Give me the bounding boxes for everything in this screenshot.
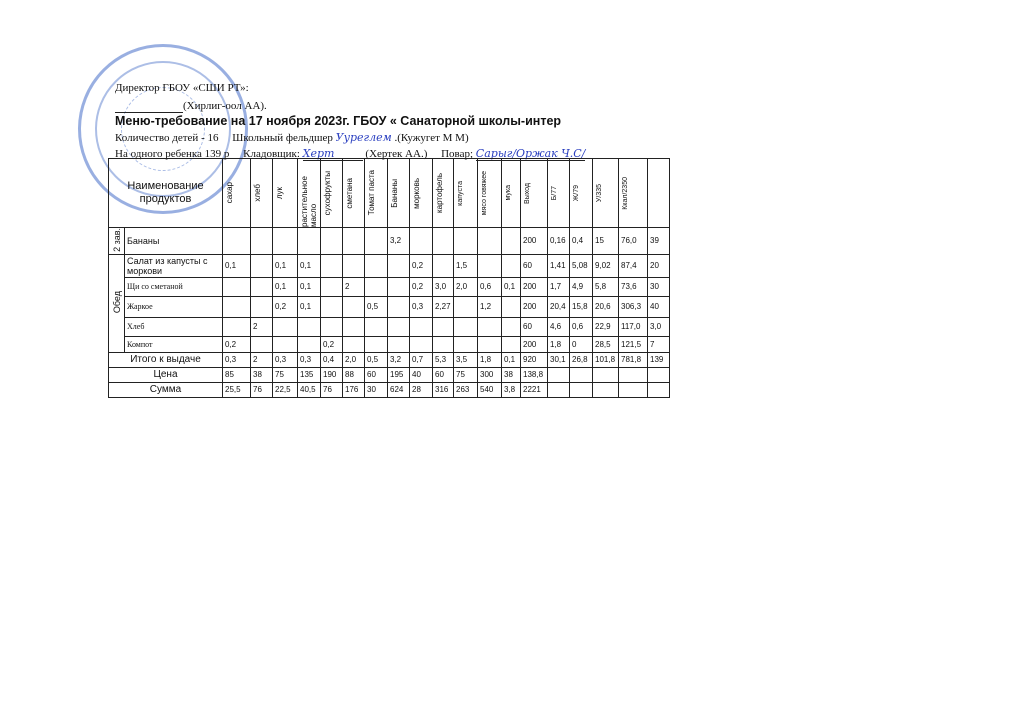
cell-value: 22,9 <box>593 317 619 336</box>
cell-value <box>388 277 410 296</box>
cell-value <box>388 254 410 277</box>
summary-value: 2221 <box>521 382 548 397</box>
column-header: Бананы <box>388 159 410 228</box>
cell-value: 200 <box>521 228 548 255</box>
table-row: 2 зав.Бананы3,22000,160,41576,039 <box>109 228 670 255</box>
cell-value <box>223 277 251 296</box>
cell-value: 28,5 <box>593 336 619 352</box>
summary-value: 85 <box>223 367 251 382</box>
summary-value: 138,8 <box>521 367 548 382</box>
summary-value: 40,5 <box>298 382 321 397</box>
column-header-label: Ккал/2350 <box>621 177 630 210</box>
cell-value <box>502 228 521 255</box>
cell-value: 3,0 <box>648 317 670 336</box>
summary-value: 22,5 <box>273 382 298 397</box>
column-header-label: мука <box>504 185 513 201</box>
summary-label: Сумма <box>109 382 223 397</box>
cell-value: 15 <box>593 228 619 255</box>
cell-value <box>223 317 251 336</box>
summary-value: 1,8 <box>478 352 502 367</box>
cell-value <box>251 254 273 277</box>
summary-value: 5,3 <box>433 352 454 367</box>
summary-value: 540 <box>478 382 502 397</box>
summary-value: 101,8 <box>593 352 619 367</box>
cell-value: 200 <box>521 277 548 296</box>
summary-value: 316 <box>433 382 454 397</box>
column-header-name: Наименование продуктов <box>109 159 223 228</box>
column-header: Ж/79 <box>570 159 593 228</box>
cell-value <box>251 228 273 255</box>
cell-value: 1,2 <box>478 296 502 317</box>
column-header: капуста <box>454 159 478 228</box>
cell-value <box>502 296 521 317</box>
summary-value: 0,4 <box>321 352 343 367</box>
cell-value: 0,16 <box>548 228 570 255</box>
cell-value <box>273 317 298 336</box>
summary-value: 2,0 <box>343 352 365 367</box>
cell-value <box>321 228 343 255</box>
cell-value <box>502 317 521 336</box>
cell-value: 20,6 <box>593 296 619 317</box>
cell-value <box>478 336 502 352</box>
column-header-label: лук <box>275 187 284 199</box>
column-header: хлеб <box>251 159 273 228</box>
table-row: Компот0,20,22001,8028,5121,57 <box>109 336 670 352</box>
summary-value: 28 <box>410 382 433 397</box>
cell-value <box>321 277 343 296</box>
summary-value: 26,8 <box>570 352 593 367</box>
staff-line-1: Количество детей - 16 Школьный фельдшер … <box>115 131 469 144</box>
meal-group-label: 2 зав. <box>109 228 125 255</box>
cell-value: 0,1 <box>273 254 298 277</box>
summary-value: 0,1 <box>502 352 521 367</box>
cell-value: 4,6 <box>548 317 570 336</box>
cell-value: 1,41 <box>548 254 570 277</box>
column-header-label: капуста <box>456 181 465 206</box>
summary-row: Итого к выдаче0,320,30,30,42,00,53,20,75… <box>109 352 670 367</box>
cell-value <box>454 317 478 336</box>
summary-value: 38 <box>502 367 521 382</box>
children-count: Количество детей - 16 <box>115 132 219 144</box>
summary-value <box>593 367 619 382</box>
cell-value: 0,3 <box>410 296 433 317</box>
cell-value <box>502 336 521 352</box>
summary-value: 624 <box>388 382 410 397</box>
summary-value: 0,5 <box>365 352 388 367</box>
column-header-label: картофель <box>435 173 444 213</box>
dish-name: Щи со сметаной <box>125 277 223 296</box>
column-header: картофель <box>433 159 454 228</box>
summary-value: 75 <box>273 367 298 382</box>
cell-value <box>478 228 502 255</box>
medic-name: .(Кужугет М М) <box>394 132 468 144</box>
summary-value: 263 <box>454 382 478 397</box>
summary-value: 190 <box>321 367 343 382</box>
summary-value <box>648 367 670 382</box>
summary-value: 135 <box>298 367 321 382</box>
cell-value: 2 <box>251 317 273 336</box>
summary-value: 0,3 <box>223 352 251 367</box>
medic-signature: Ууреглем <box>336 131 392 144</box>
column-header-label: Томат паста <box>367 170 376 215</box>
summary-value: 38 <box>251 367 273 382</box>
column-header-label: У/335 <box>595 184 604 202</box>
meal-group-text: Обед <box>112 291 122 313</box>
table-row: ОбедСалат из капусты с моркови0,10,10,10… <box>109 254 670 277</box>
summary-value: 0,7 <box>410 352 433 367</box>
summary-value: 195 <box>388 367 410 382</box>
cell-value: 0,1 <box>223 254 251 277</box>
column-header: Б/77 <box>548 159 570 228</box>
column-header: лук <box>273 159 298 228</box>
column-header: сахар <box>223 159 251 228</box>
cell-value: 0,1 <box>273 277 298 296</box>
cell-value: 4,9 <box>570 277 593 296</box>
cell-value <box>321 254 343 277</box>
cell-value: 117,0 <box>619 317 648 336</box>
column-header-label: сметана <box>345 178 354 209</box>
summary-value: 30 <box>365 382 388 397</box>
column-header-label: Б/77 <box>550 186 559 200</box>
cell-value: 1,8 <box>548 336 570 352</box>
cell-value <box>388 336 410 352</box>
cell-value: 0,1 <box>298 277 321 296</box>
cell-value <box>298 336 321 352</box>
cell-value: 30 <box>648 277 670 296</box>
summary-value: 920 <box>521 352 548 367</box>
cell-value: 40 <box>648 296 670 317</box>
column-header-label: растительное масло <box>300 159 318 227</box>
cell-value <box>433 254 454 277</box>
column-header: растительное масло <box>298 159 321 228</box>
summary-value <box>548 367 570 382</box>
cell-value: 200 <box>521 296 548 317</box>
summary-value: 76 <box>321 382 343 397</box>
column-header-label: Выход <box>523 183 532 204</box>
column-header-label: сахар <box>225 182 234 203</box>
column-header-label: морковь <box>412 178 421 209</box>
cell-value: 0 <box>570 336 593 352</box>
cell-value: 0,6 <box>570 317 593 336</box>
cell-value: 20 <box>648 254 670 277</box>
summary-value: 781,8 <box>619 352 648 367</box>
cell-value <box>343 228 365 255</box>
column-header: морковь <box>410 159 433 228</box>
director-name-line: (Хирлиг-оол АА). <box>115 100 267 113</box>
cell-value: 60 <box>521 317 548 336</box>
summary-value: 76 <box>251 382 273 397</box>
summary-value: 176 <box>343 382 365 397</box>
cell-value: 1,7 <box>548 277 570 296</box>
cell-value: 15,8 <box>570 296 593 317</box>
cell-value: 0,6 <box>478 277 502 296</box>
cell-value <box>502 254 521 277</box>
summary-value: 0,3 <box>298 352 321 367</box>
table-row: Жаркое0,20,10,50,32,271,220020,415,820,6… <box>109 296 670 317</box>
column-header-label: хлеб <box>253 184 262 202</box>
dish-name: Хлеб <box>125 317 223 336</box>
cell-value <box>343 296 365 317</box>
cell-value: 0,5 <box>365 296 388 317</box>
cell-value <box>365 277 388 296</box>
cell-value <box>273 228 298 255</box>
cell-value: 5,08 <box>570 254 593 277</box>
cell-value: 20,4 <box>548 296 570 317</box>
cell-value: 1,5 <box>454 254 478 277</box>
cell-value <box>410 336 433 352</box>
column-header: мука <box>502 159 521 228</box>
summary-label: Итого к выдаче <box>109 352 223 367</box>
summary-value: 88 <box>343 367 365 382</box>
summary-value: 40 <box>410 367 433 382</box>
cell-value: 87,4 <box>619 254 648 277</box>
summary-value: 60 <box>433 367 454 382</box>
medic-label: Школьный фельдшер <box>232 132 333 144</box>
summary-value: 3,2 <box>388 352 410 367</box>
cell-value: 0,2 <box>223 336 251 352</box>
column-header-label: сухофрукты <box>323 171 332 215</box>
summary-value <box>619 382 648 397</box>
cell-value <box>388 296 410 317</box>
cell-value <box>433 317 454 336</box>
cell-value <box>321 317 343 336</box>
column-header: Выход <box>521 159 548 228</box>
cell-value <box>454 336 478 352</box>
table-row: Хлеб2604,60,622,9117,03,0 <box>109 317 670 336</box>
cell-value <box>343 336 365 352</box>
summary-value <box>570 367 593 382</box>
menu-table: Наименование продуктов сахархлеблукрасти… <box>108 158 670 398</box>
summary-value <box>619 367 648 382</box>
cell-value <box>251 277 273 296</box>
cell-value <box>478 254 502 277</box>
cell-value <box>410 228 433 255</box>
table-header-row: Наименование продуктов сахархлеблукрасти… <box>109 159 670 228</box>
summary-value: 25,5 <box>223 382 251 397</box>
summary-value: 60 <box>365 367 388 382</box>
summary-label: Цена <box>109 367 223 382</box>
cell-value: 0,2 <box>410 254 433 277</box>
cell-value: 0,4 <box>570 228 593 255</box>
cell-value: 7 <box>648 336 670 352</box>
cell-value <box>433 336 454 352</box>
cell-value <box>365 254 388 277</box>
cell-value: 121,5 <box>619 336 648 352</box>
cell-value <box>454 228 478 255</box>
director-line: Директор ГБОУ «СШИ РТ»: <box>115 82 249 94</box>
cell-value: 5,8 <box>593 277 619 296</box>
cell-value <box>388 317 410 336</box>
cell-value: 0,2 <box>273 296 298 317</box>
dish-name: Компот <box>125 336 223 352</box>
summary-value <box>548 382 570 397</box>
cell-value: 60 <box>521 254 548 277</box>
cell-value: 200 <box>521 336 548 352</box>
summary-value <box>593 382 619 397</box>
column-header-label: Ж/79 <box>572 185 581 201</box>
dish-name: Бананы <box>125 228 223 255</box>
director-name: (Хирлиг-оол АА). <box>183 100 267 112</box>
cell-value <box>343 254 365 277</box>
cell-value: 73,6 <box>619 277 648 296</box>
cell-value <box>433 228 454 255</box>
summary-value: 75 <box>454 367 478 382</box>
column-header: Томат паста <box>365 159 388 228</box>
page-title: Меню-требование на 17 ноября 2023г. ГБОУ… <box>115 114 561 128</box>
cell-value <box>410 317 433 336</box>
cell-value <box>251 336 273 352</box>
cell-value <box>223 296 251 317</box>
cell-value: 2 <box>343 277 365 296</box>
summary-value <box>570 382 593 397</box>
cell-value: 39 <box>648 228 670 255</box>
cell-value <box>321 296 343 317</box>
cell-value <box>273 336 298 352</box>
column-header-label: Бананы <box>390 179 399 208</box>
cell-value <box>251 296 273 317</box>
cell-value <box>223 228 251 255</box>
column-header: мясо говяжее <box>478 159 502 228</box>
column-header <box>648 159 670 228</box>
cell-value: 3,2 <box>388 228 410 255</box>
meal-group-text: 2 зав. <box>112 228 122 252</box>
dish-name: Жаркое <box>125 296 223 317</box>
summary-value: 2 <box>251 352 273 367</box>
column-header: сухофрукты <box>321 159 343 228</box>
cell-value: 76,0 <box>619 228 648 255</box>
column-header: сметана <box>343 159 365 228</box>
table-row: Щи со сметаной0,10,120,23,02,00,60,12001… <box>109 277 670 296</box>
cell-value: 0,2 <box>321 336 343 352</box>
summary-row: Цена853875135190886019540607530038138,8 <box>109 367 670 382</box>
summary-value: 300 <box>478 367 502 382</box>
cell-value: 0,1 <box>298 254 321 277</box>
cell-value: 0,1 <box>298 296 321 317</box>
summary-value: 3,8 <box>502 382 521 397</box>
column-header: Ккал/2350 <box>619 159 648 228</box>
summary-value: 3,5 <box>454 352 478 367</box>
cell-value <box>298 228 321 255</box>
cell-value: 0,1 <box>502 277 521 296</box>
cell-value: 3,0 <box>433 277 454 296</box>
cell-value <box>365 317 388 336</box>
cell-value: 2,0 <box>454 277 478 296</box>
cell-value <box>454 296 478 317</box>
cell-value: 0,2 <box>410 277 433 296</box>
cell-value <box>365 228 388 255</box>
cell-value <box>478 317 502 336</box>
summary-value: 30,1 <box>548 352 570 367</box>
summary-value: 0,3 <box>273 352 298 367</box>
cell-value: 306,3 <box>619 296 648 317</box>
summary-row: Сумма25,57622,540,5761763062428316263540… <box>109 382 670 397</box>
cell-value: 2,27 <box>433 296 454 317</box>
column-header: У/335 <box>593 159 619 228</box>
summary-value: 139 <box>648 352 670 367</box>
cell-value: 9,02 <box>593 254 619 277</box>
meal-group-label: Обед <box>109 254 125 352</box>
column-header-label: мясо говяжее <box>480 171 489 215</box>
director-signature <box>115 100 183 113</box>
cell-value <box>365 336 388 352</box>
summary-value <box>648 382 670 397</box>
cell-value <box>298 317 321 336</box>
dish-name: Салат из капусты с моркови <box>125 254 223 277</box>
cell-value <box>343 317 365 336</box>
